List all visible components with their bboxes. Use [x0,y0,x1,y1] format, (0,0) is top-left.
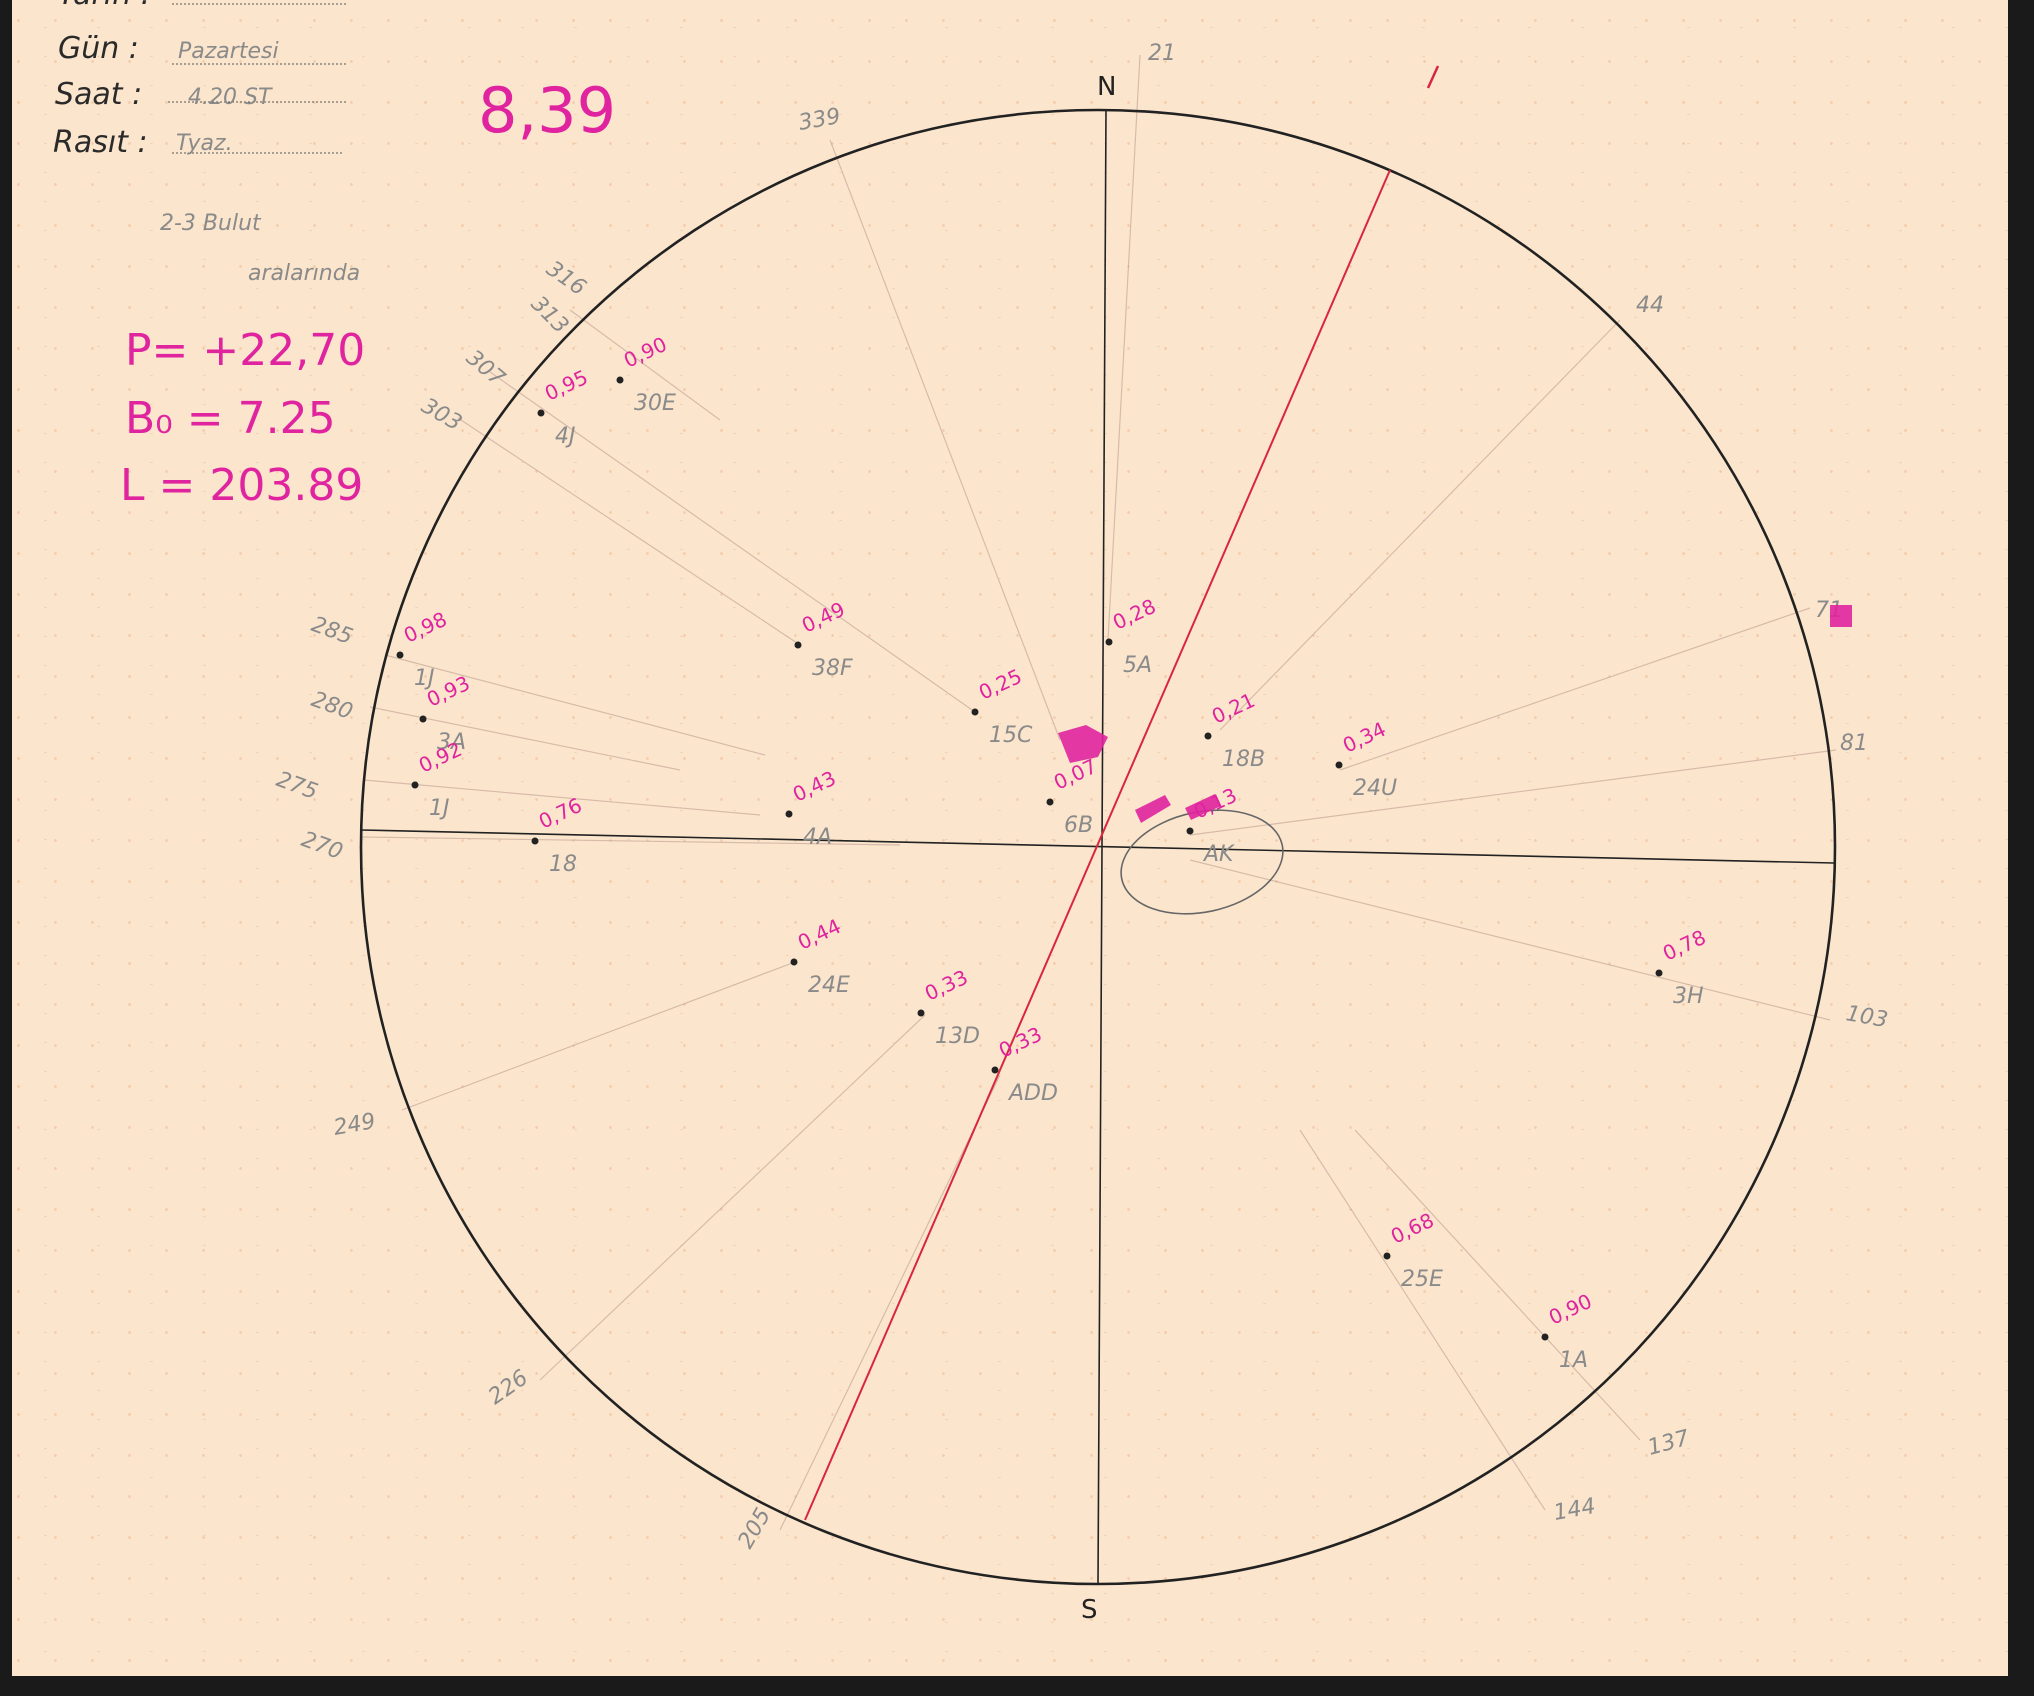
sunspot-group: 0,33ADD [992,1022,1058,1106]
sunspot-dot [992,1067,999,1074]
sunspot-dot [412,782,419,789]
sunspot-dot [617,377,624,384]
sunspot-dot [1656,970,1663,977]
gun-label: Gün : [58,31,139,66]
param-b0: B₀ = 7.25 [125,393,336,444]
sunspot-value: 0,33 [995,1022,1046,1063]
sunspot-dot [918,1010,925,1017]
sunspot-label: 3H [1673,984,1704,1009]
limb-label: 249 [332,1109,378,1141]
sunspot-group: 0,9030E [617,332,676,416]
sunspot-value: 0,98 [400,607,451,648]
limb-label: 313 [526,292,573,339]
sunspot-label: 18 [549,852,577,877]
sunspot-group: 0,981J [397,607,451,691]
sunspot-group: 0,4424E [791,914,850,998]
limb-label: 205 [734,1504,777,1553]
gun-value: Pazartesi [178,39,279,64]
limb-longitude-labels: 3392144718110313714420522624927027528028… [273,41,1890,1553]
sunspot-group: 0,2118B [1205,688,1266,772]
sunspot-value: 0,78 [1659,925,1710,966]
sunspot-label: ADD [1007,1081,1058,1106]
sunspot-value: 0,21 [1208,688,1259,729]
limb-label: 103 [1844,1001,1890,1033]
sunspot-groups: 0,9030E0,954J0,981J0,933A0,921J0,76180,4… [397,332,1710,1373]
sunspot-dot [538,410,545,417]
sunspot-dot [786,811,793,818]
sunspot-dot [1106,639,1113,646]
sunspot-label: 30E [634,391,676,416]
sunspot-dot [795,642,802,649]
limb-label: 81 [1840,731,1868,756]
sunspot-label: 6B [1064,813,1093,838]
limb-label: 303 [417,394,466,437]
solar-disk-drawing: Tarih : Gün : Pazartesi Saat : 4.20 ST R… [0,0,2034,1696]
sunspot-dot [532,838,539,845]
sunspot-value: 0,49 [798,597,849,638]
sunspot-group: 0,076B [1047,754,1101,838]
limb-label: 280 [308,687,356,725]
sunspot-group: 0,3313D [918,965,980,1049]
limb-label: 270 [298,827,346,865]
sunspot-value: 0,95 [541,365,592,406]
south-label: S [1081,1595,1098,1625]
limb-label: 339 [797,104,843,136]
north-label: N [1097,72,1116,102]
sunspot-dot [397,652,404,659]
limb-label: 137 [1645,1426,1692,1461]
sunspot-value: 0,25 [975,664,1026,705]
form-header: Tarih : Gün : Pazartesi Saat : 4.20 ST R… [53,0,360,286]
sunspot-label: AK [1202,842,1235,867]
limb-label: 307 [461,345,509,391]
cloud-note-line2: aralarında [248,261,360,286]
sunspot-label: 18B [1222,747,1265,772]
sunspot-label: 38F [812,656,853,681]
limb-label: 44 [1636,293,1664,318]
sunspot-dot [420,716,427,723]
sunspot-value: 0,44 [794,914,845,955]
param-p: P= +22,70 [125,325,365,376]
sunspot-label: 4J [555,424,576,449]
sunspot-group: 0,921J [412,737,466,821]
sunspot-value: 0,92 [415,737,466,778]
sunspot-value: 0,90 [620,332,671,373]
magenta-highlight-marks [1058,605,1852,823]
tarih-label: Tarih : [58,0,151,12]
sunspot-label: 1J [429,796,450,821]
sunspot-dot [1047,799,1054,806]
sunspot-value: 0,28 [1109,594,1160,635]
limb-label: 21 [1148,41,1176,66]
sunspot-value: 0,33 [921,965,972,1006]
sunspot-group: 0,6825E [1384,1208,1443,1292]
sunspot-label: 24U [1353,776,1397,801]
limb-label: 275 [273,767,321,805]
sunspot-label: 15C [989,723,1033,748]
sunspot-dot [1542,1334,1549,1341]
sunspot-dot [791,959,798,966]
sunspot-group: 0,434A [786,766,840,850]
sunspot-group: 0,285A [1106,594,1160,678]
sunspot-value: 0,68 [1387,1208,1438,1249]
limb-label: 226 [484,1365,533,1410]
ephemeris-parameters: P= +22,70 B₀ = 7.25 L = 203.89 [120,325,365,511]
sunspot-value: 0,90 [1545,1289,1596,1330]
sunspot-group: 0,783H [1656,925,1710,1009]
saat-value: 4.20 ST [188,85,273,110]
limb-label: 285 [308,612,356,650]
sunspot-dot [1205,733,1212,740]
sunspot-dot [1384,1253,1391,1260]
sunspot-label: 1A [1559,1348,1588,1373]
rotation-axis-tick [1428,66,1438,88]
sunspot-label: 4A [803,825,832,850]
param-l: L = 203.89 [120,460,363,511]
cloud-note-line1: 2-3 Bulut [160,211,262,236]
sunspot-group: 0,4938F [795,597,853,681]
sunspot-value: 0,76 [535,793,586,834]
sunspot-group: 0,901A [1542,1289,1596,1373]
sunspot-group: 0,954J [538,365,592,449]
sunspot-label: 5A [1123,653,1152,678]
sunspot-dot [1336,762,1343,769]
sunspot-group: 0,3424U [1336,717,1398,801]
rasit-label: Rasıt : [53,125,148,160]
saat-label: Saat : [55,77,142,112]
rasit-value: Tyaz. [176,131,233,156]
sunspot-group: 0,2515C [972,664,1033,748]
sunspot-label: 25E [1401,1267,1443,1292]
sunspot-label: 24E [808,973,850,998]
sunspot-value: 0,34 [1339,717,1390,758]
sunspot-label: 13D [935,1024,980,1049]
sunspot-value: 0,43 [789,766,840,807]
header-value: 8,39 [478,74,616,147]
limb-label: 316 [542,256,591,301]
limb-label: 144 [1552,1494,1598,1526]
sunspot-dot [1187,828,1194,835]
sunspot-dot [972,709,979,716]
